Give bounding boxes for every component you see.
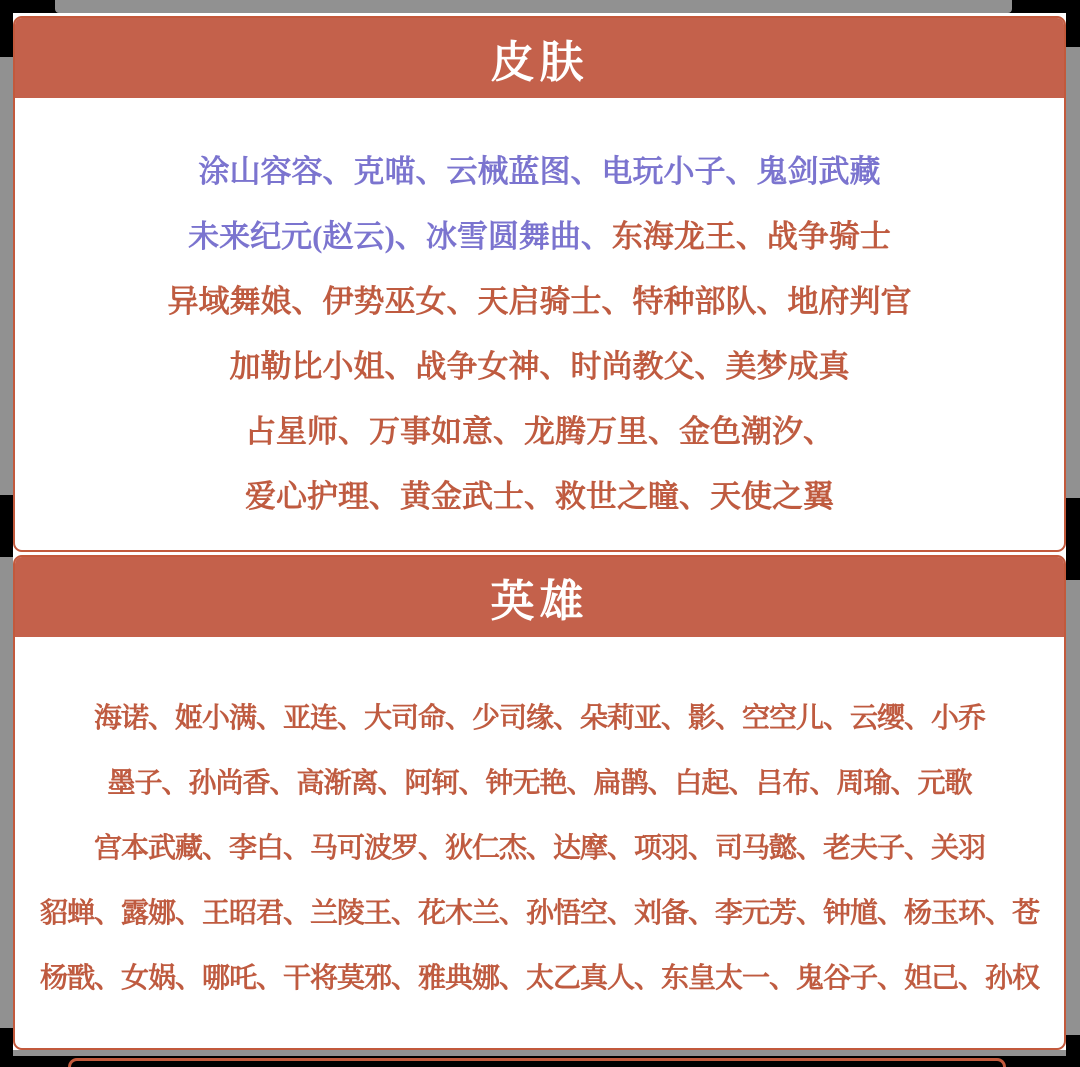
name-segment: 占星师、万事如意、龙腾万里、金色潮汐、 — [245, 414, 834, 449]
name-segment: 东海龙王、战争骑士 — [612, 219, 891, 254]
name-list-line: 异域舞娘、伊势巫女、天启骑士、特种部队、地府判官 — [15, 269, 1064, 334]
name-segment: 墨子、孙尚香、高渐离、阿轲、钟无艳、扁鹊、白起、吕布、周瑜、元歌 — [107, 768, 971, 799]
top-frame-border — [55, 0, 1012, 13]
next-card-top-edge — [68, 1058, 1006, 1067]
name-list-line: 未来纪元(赵云)、冰雪圆舞曲、东海龙王、战争骑士 — [15, 204, 1064, 269]
heroes-header: 英雄 — [15, 557, 1064, 637]
name-list-line: 占星师、万事如意、龙腾万里、金色潮汐、 — [15, 399, 1064, 464]
name-list-line: 杨戬、女娲、哪吒、干将莫邪、雅典娜、太乙真人、东皇太一、鬼谷子、妲己、孙权 — [15, 946, 1064, 1011]
name-list-line: 加勒比小姐、战争女神、时尚教父、美梦成真 — [15, 334, 1064, 399]
skins-header: 皮肤 — [15, 18, 1064, 98]
name-list-line: 海诺、姬小满、亚连、大司命、少司缘、朵莉亚、影、空空儿、云缨、小乔 — [15, 686, 1064, 751]
name-list-line: 涂山容容、克喵、云械蓝图、电玩小子、鬼剑武藏 — [15, 139, 1064, 204]
name-segment: 涂山容容、克喵、云械蓝图、电玩小子、鬼剑武藏 — [199, 154, 881, 189]
name-segment: 爱心护理、黄金武士、救世之瞳、天使之翼 — [245, 479, 834, 514]
name-segment: 貂蝉、露娜、王昭君、兰陵王、花木兰、孙悟空、刘备、李元芳、钟馗、杨玉环、苍 — [40, 898, 1039, 929]
name-segment: 杨戬、女娲、哪吒、干将莫邪、雅典娜、太乙真人、东皇太一、鬼谷子、妲己、孙权 — [40, 963, 1039, 994]
left-frame-gap-middle — [0, 495, 13, 557]
name-segment: 异域舞娘、伊势巫女、天启骑士、特种部队、地府判官 — [168, 284, 912, 319]
right-frame-gap-middle — [1066, 498, 1080, 580]
left-frame-border — [0, 0, 13, 1067]
name-list-line: 墨子、孙尚香、高渐离、阿轲、钟无艳、扁鹊、白起、吕布、周瑜、元歌 — [15, 751, 1064, 816]
heroes-title: 英雄 — [491, 565, 589, 629]
skins-card: 皮肤 涂山容容、克喵、云械蓝图、电玩小子、鬼剑武藏未来纪元(赵云)、冰雪圆舞曲、… — [13, 16, 1066, 552]
name-segment: 海诺、姬小满、亚连、大司命、少司缘、朵莉亚、影、空空儿、云缨、小乔 — [94, 703, 985, 734]
top-crop-band — [0, 0, 1080, 13]
name-segment: 加勒比小姐、战争女神、时尚教父、美梦成真 — [230, 349, 850, 384]
name-segment: 宫本武藏、李白、马可波罗、狄仁杰、达摩、项羽、司马懿、老夫子、关羽 — [94, 833, 985, 864]
name-list-line: 貂蝉、露娜、王昭君、兰陵王、花木兰、孙悟空、刘备、李元芳、钟馗、杨玉环、苍 — [15, 881, 1064, 946]
page: 皮肤 涂山容容、克喵、云械蓝图、电玩小子、鬼剑武藏未来纪元(赵云)、冰雪圆舞曲、… — [0, 0, 1080, 1067]
right-frame-gap-top — [1066, 0, 1080, 47]
name-list-line: 爱心护理、黄金武士、救世之瞳、天使之翼 — [15, 464, 1064, 529]
skins-name-list: 涂山容容、克喵、云械蓝图、电玩小子、鬼剑武藏未来纪元(赵云)、冰雪圆舞曲、东海龙… — [15, 98, 1064, 529]
name-list-line: 宫本武藏、李白、马可波罗、狄仁杰、达摩、项羽、司马懿、老夫子、关羽 — [15, 816, 1064, 881]
skins-title: 皮肤 — [491, 26, 589, 90]
right-frame-border — [1066, 0, 1080, 1067]
name-segment: 未来纪元(赵云)、冰雪圆舞曲、 — [188, 219, 612, 254]
heroes-card: 英雄 海诺、姬小满、亚连、大司命、少司缘、朵莉亚、影、空空儿、云缨、小乔墨子、孙… — [13, 555, 1066, 1050]
heroes-name-list: 海诺、姬小满、亚连、大司命、少司缘、朵莉亚、影、空空儿、云缨、小乔墨子、孙尚香、… — [15, 637, 1064, 1011]
left-frame-gap-top — [0, 0, 13, 57]
